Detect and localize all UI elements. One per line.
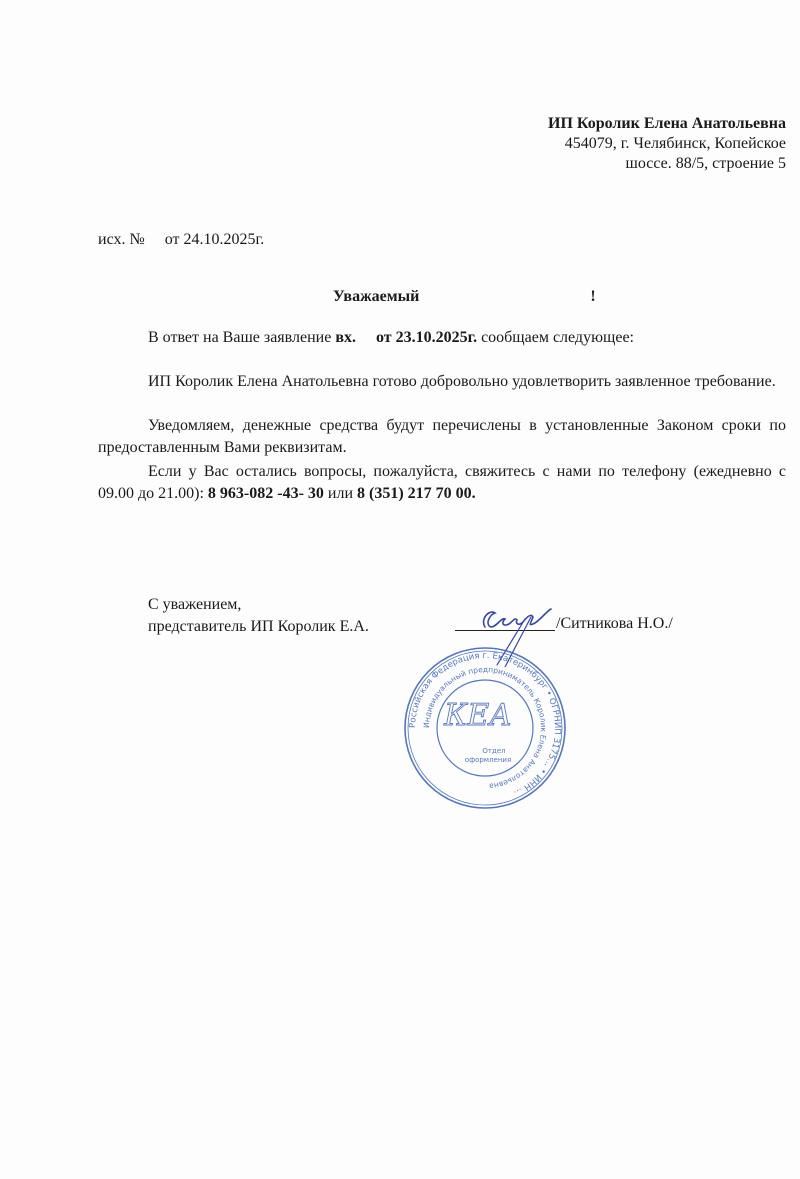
paragraph-text: Уведомляем, денежные средства будут пере… <box>98 417 786 456</box>
closing-block: С уважением, представитель ИП Королик Е.… <box>148 594 369 638</box>
phone-2: 8 (351) 217 70 00. <box>357 485 476 502</box>
contact-or: или <box>324 485 357 502</box>
incoming-ref: вх. <box>335 329 356 346</box>
phone-1: 8 963-082 -43- 30 <box>208 485 324 502</box>
salutation: Уважаемый! <box>333 287 596 307</box>
paragraph-payment: Уведомляем, денежные средства будут пере… <box>98 415 786 459</box>
document-page: ИП Королик Елена Анатольевна 454079, г. … <box>0 0 800 1179</box>
paragraph-text: ИП Королик Елена Анатольевна готово добр… <box>148 373 776 390</box>
paragraph-consent: ИП Королик Елена Анатольевна готово добр… <box>98 371 786 393</box>
salutation-exclamation: ! <box>590 288 595 305</box>
outgoing-ref-label: исх. № <box>98 231 145 248</box>
stamp-initials: КЕА <box>443 698 512 733</box>
company-stamp-icon: Российская Федерация г. Екатеринбург • О… <box>402 645 568 811</box>
intro-text-after: сообщаем следующее: <box>477 329 634 346</box>
sender-name: ИП Королик Елена Анатольевна <box>486 114 786 134</box>
intro-text-before: В ответ на Ваше заявление <box>148 329 335 346</box>
sender-address-line1: 454079, г. Челябинск, Копейское <box>486 134 786 154</box>
sender-block: ИП Королик Елена Анатольевна 454079, г. … <box>486 114 786 174</box>
intro-line: В ответ на Ваше заявление вх.от 23.10.20… <box>148 328 634 348</box>
salutation-greeting: Уважаемый <box>333 288 419 305</box>
closing-regards: С уважением, <box>148 594 369 616</box>
incoming-date: от 23.10.2025г. <box>376 329 477 346</box>
stamp-center-line2: оформления <box>465 756 511 764</box>
closing-position: представитель ИП Королик Е.А. <box>148 616 369 638</box>
sender-address-line2: шоссе. 88/5, строение 5 <box>486 154 786 174</box>
paragraph-contact: Если у Вас остались вопросы, пожалуйста,… <box>98 461 786 505</box>
outgoing-reference: исх. №от 24.10.2025г. <box>98 230 264 250</box>
stamp-center-line1: Отдел <box>482 747 505 755</box>
outgoing-date: от 24.10.2025г. <box>165 231 265 248</box>
